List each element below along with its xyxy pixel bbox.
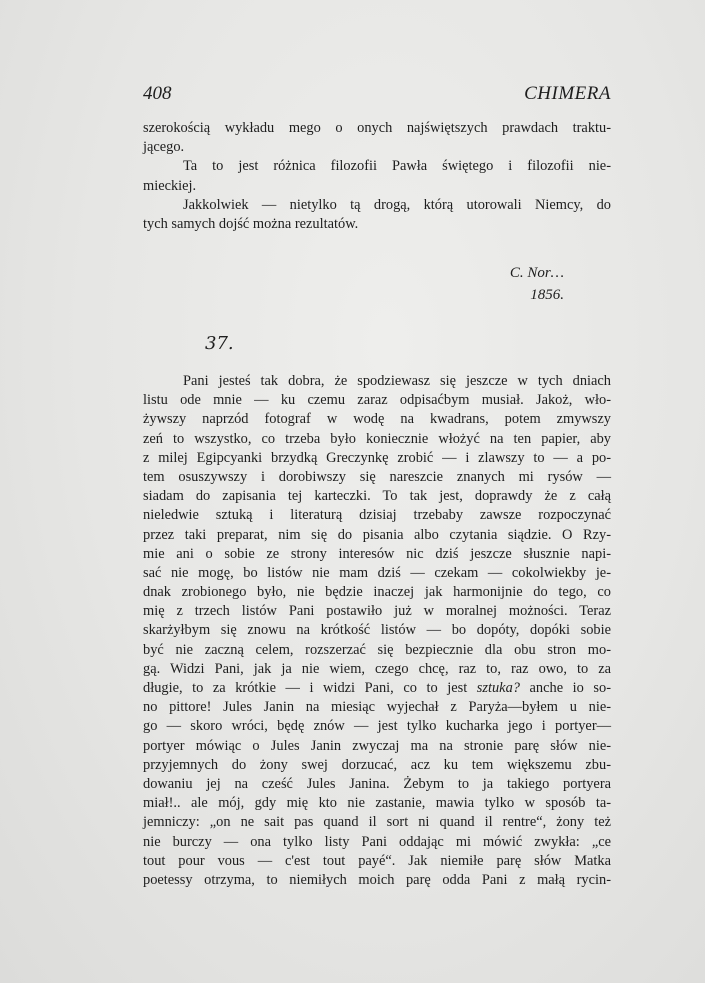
text-line: no pittore! Jules Janin na miesiąc wyjec… — [143, 698, 611, 717]
text-line: przez taki preparat, nim się do pisania … — [143, 526, 611, 545]
text-line: jącego. — [143, 138, 611, 157]
page-number: 408 — [143, 83, 172, 105]
text-line: mię z trzech listów Pani postawiło już w… — [143, 602, 611, 621]
text-line: żywszy naprzód fotograf w wodę na kwadra… — [143, 410, 611, 429]
text-line: Jakkolwiek — nietylko tą drogą, którą ut… — [143, 196, 611, 215]
text-line: tem osuszywszy i dorobiwszy się nareszci… — [143, 468, 611, 487]
text-line: nieledwie sztuką i literaturą dzisiaj tr… — [143, 506, 611, 525]
text-line: nie burczy — ona tylko listy Pani oddają… — [143, 833, 611, 852]
text-line: portyer mówiąc o Jules Janin zwyczaj ma … — [143, 737, 611, 756]
text-line-with-italic: długie, to za krótkie — i widzi Pani, co… — [143, 679, 611, 698]
text-line: Ta to jest różnica filozofii Pawła święt… — [143, 157, 611, 176]
text-line: być nie zaczną celem, rozszerzać się bez… — [143, 641, 611, 660]
text-line: dowaniu jej na cześć Jules Janina. Żebym… — [143, 775, 611, 794]
text-line: gą. Widzi Pani, jak ja nie wiem, czego c… — [143, 660, 611, 679]
text-line: zeń to wszystko, co trzeba było konieczn… — [143, 430, 611, 449]
italic-phrase: sztuka? — [477, 680, 520, 696]
text-line: miał!.. ale mój, gdy mię kto nie zastani… — [143, 794, 611, 813]
text-fragment: anche io so- — [530, 680, 611, 696]
journal-title: CHIMERA — [524, 83, 611, 105]
text-line: poetessy otrzyma, to niemiłych moich par… — [143, 871, 611, 890]
signature-year: 1856. — [530, 287, 564, 304]
running-head: 408 CHIMERA — [143, 83, 611, 107]
signature: C. Nor… — [510, 265, 564, 282]
text-line: go — skoro wróci, będę znów — jest tylko… — [143, 717, 611, 736]
text-line: szerokością wykładu mego o onych najświę… — [143, 119, 611, 138]
previous-letter-ending: szerokością wykładu mego o onych najświę… — [143, 119, 611, 234]
text-line: Pani jesteś tak dobra, że spodziewasz si… — [143, 372, 611, 391]
text-line: z milej Egipcyanki brzydką Greczynkę zro… — [143, 449, 611, 468]
text-line: przyjemnych do żony swej dorzucać, acz k… — [143, 756, 611, 775]
text-line: mieckiej. — [143, 177, 611, 196]
text-line: tych samych dojść można rezultatów. — [143, 215, 611, 234]
text-line: jemniczy: „on ne sait pas quand il sort … — [143, 813, 611, 832]
letter-number: 37. — [205, 333, 234, 354]
text-line: skarżyłbym się znowu na krótkość listów … — [143, 621, 611, 640]
text-line: siadam do zapisania tej karteczki. To ta… — [143, 487, 611, 506]
text-fragment: długie, to za krótkie — i widzi Pani, co… — [143, 680, 467, 696]
letter-body: Pani jesteś tak dobra, że spodziewasz si… — [143, 372, 611, 890]
text-line: mie ani o sobie ze strony interesów nic … — [143, 545, 611, 564]
text-line: tout pour vous — c'est tout payé“. Jak n… — [143, 852, 611, 871]
text-line: sać nie mogę, bo listów nie mam dziś — c… — [143, 564, 611, 583]
text-line: dnak zrobionego było, nie będzie inaczej… — [143, 583, 611, 602]
text-line: listu ode mnie — ku czemu zaraz odpisaćb… — [143, 391, 611, 410]
